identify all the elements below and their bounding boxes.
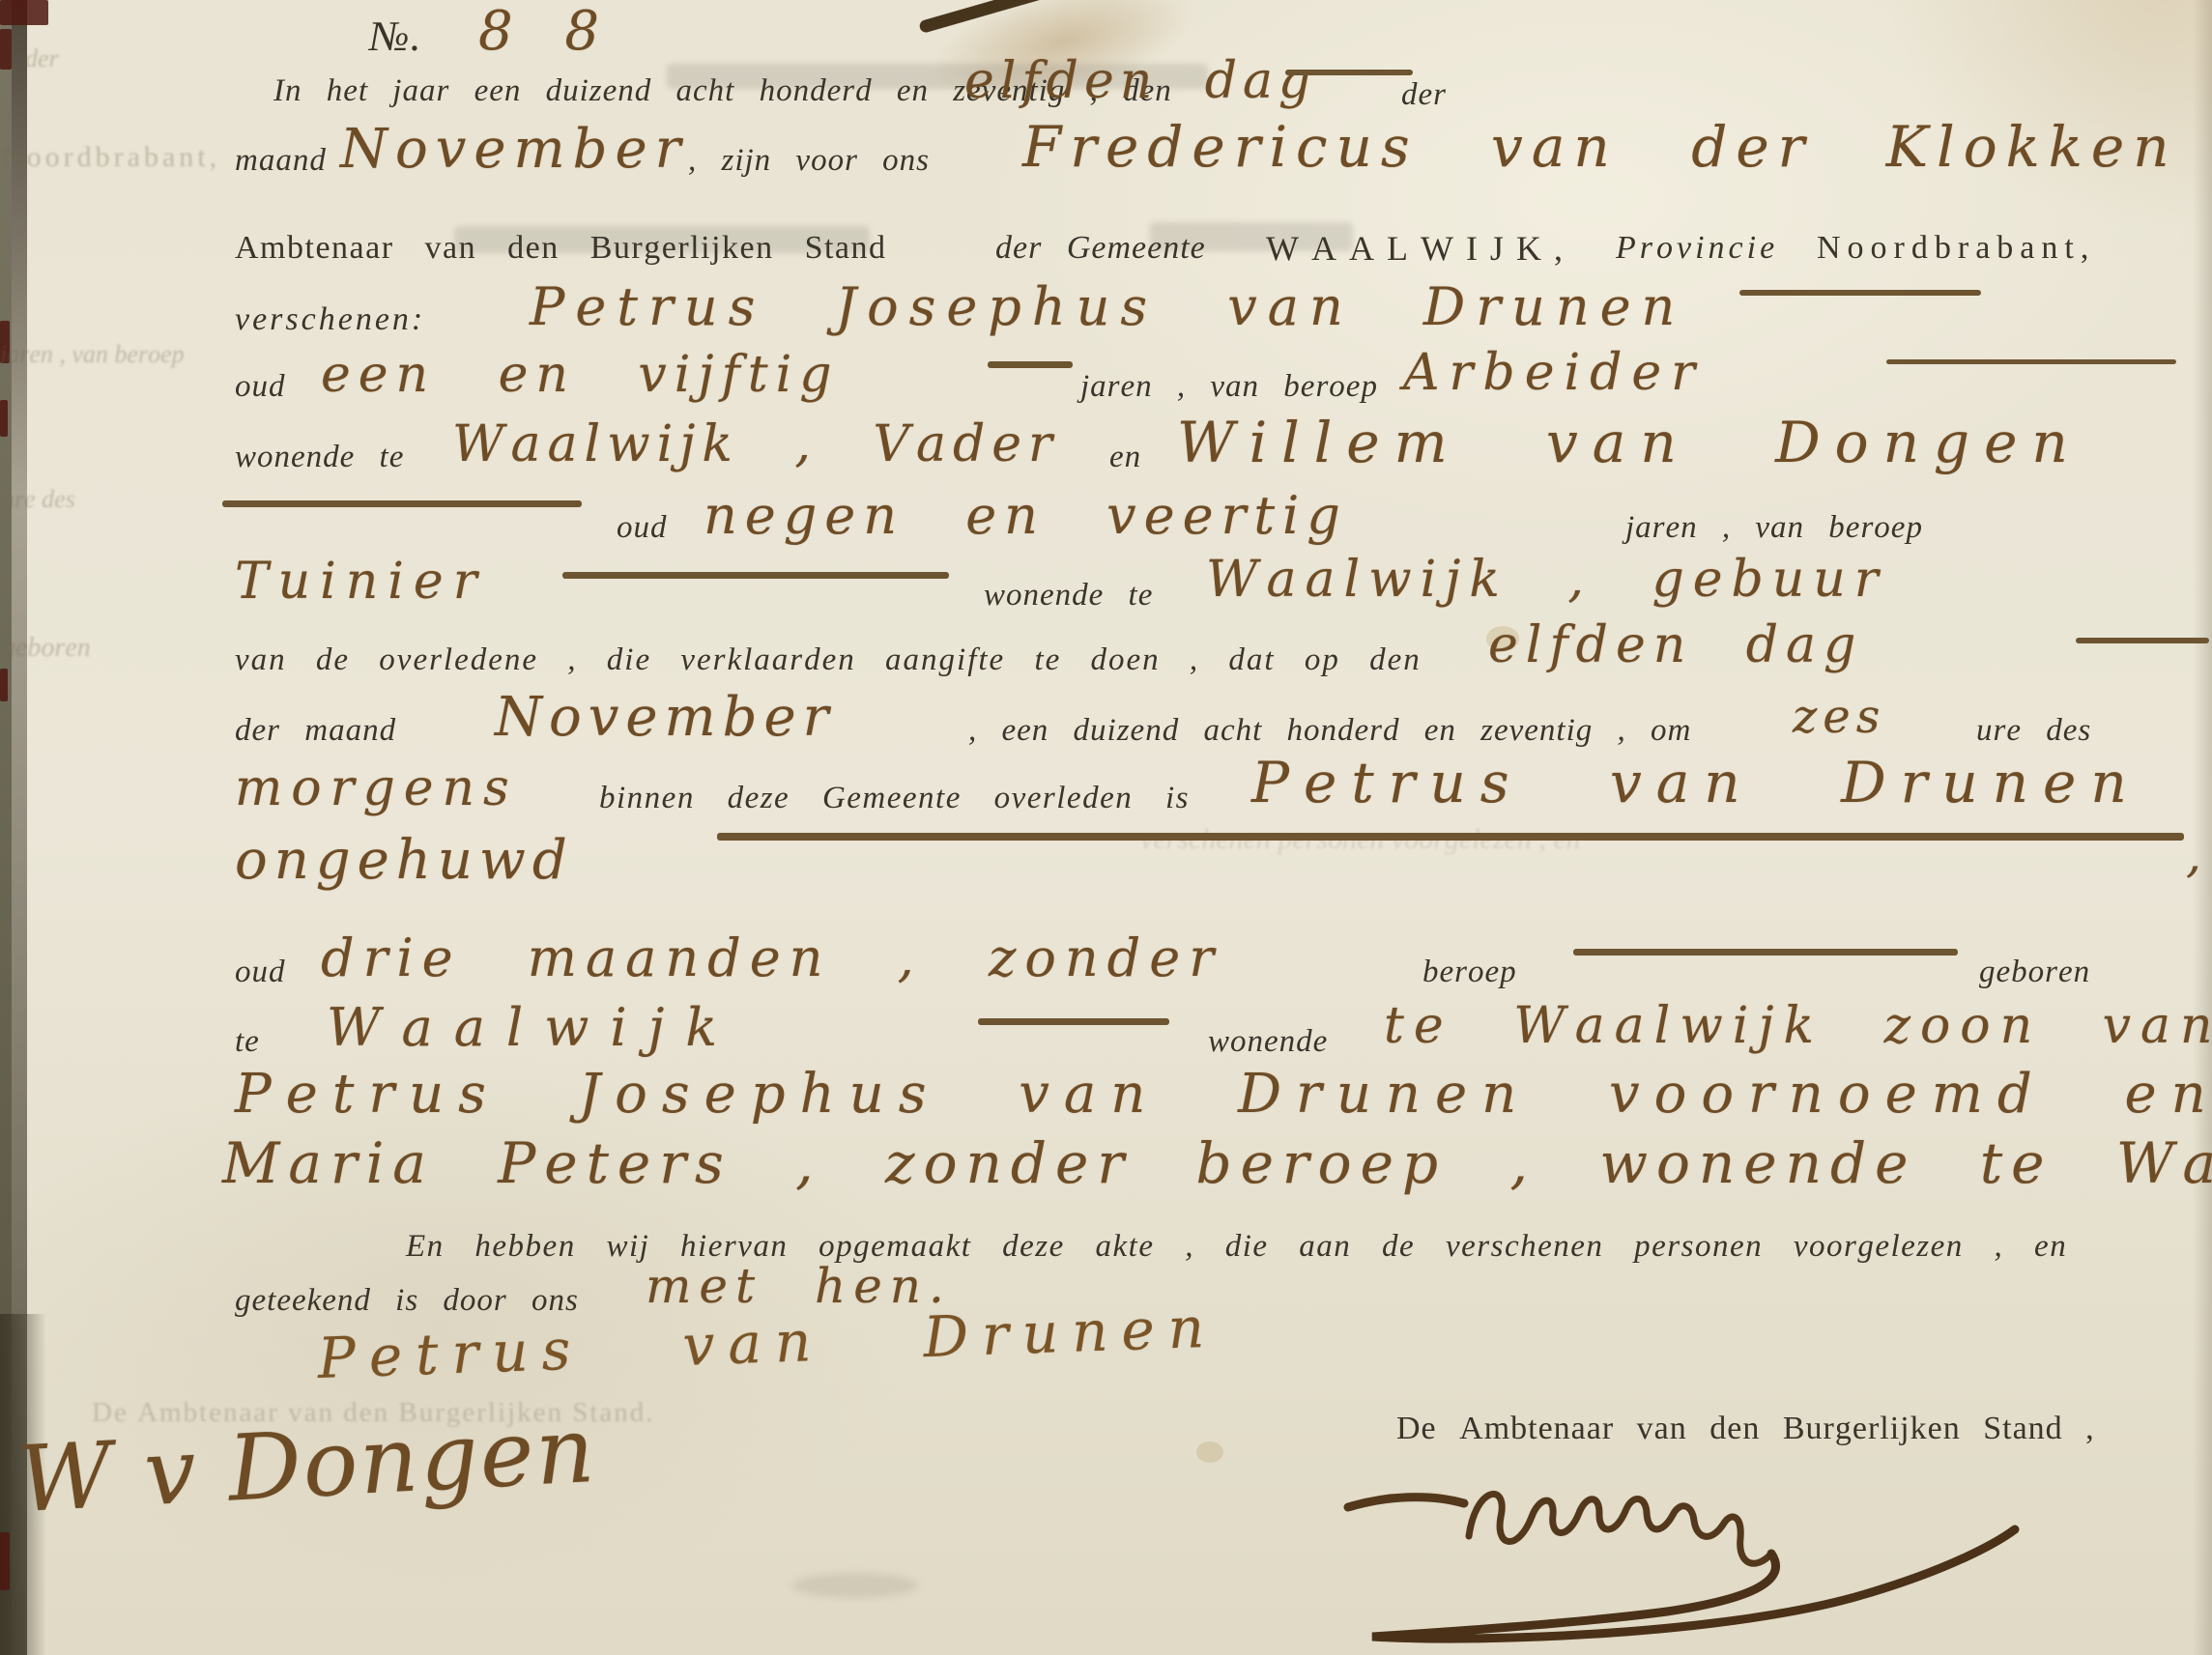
print-der: der (1401, 77, 1447, 113)
hand-death-day: elfden dag (1488, 616, 1863, 674)
edge-mark (0, 669, 8, 701)
paper-stain (1196, 1441, 1223, 1463)
ink-rule (1573, 949, 1958, 956)
ink-rule (1886, 359, 2176, 364)
print-overledene-declaration: van de overledene , die verklaarden aang… (235, 642, 1422, 678)
act-number-value: 8 8 (478, 0, 617, 63)
hand-declarant2-name: Willem van Dongen (1177, 410, 2083, 475)
print-zijn-voor-ons: , zijn voor ons (688, 143, 930, 179)
ink-rule (1739, 290, 1981, 296)
print-verschenen: verschenen: (235, 301, 425, 338)
act-number-label: №. (369, 12, 422, 61)
hand-registrar-name: Fredericus van der Klokken (1022, 114, 2178, 180)
print-provincie-label: Provincie (1616, 230, 1778, 267)
print-province-name: Noordbrabant, (1817, 230, 2095, 267)
print-officer-title: De Ambtenaar van den Burgerlijken Stand … (1396, 1411, 2095, 1447)
print-maand-label: maand (235, 143, 327, 179)
ink-rule (988, 361, 1073, 368)
hand-month: November (340, 118, 688, 181)
ink-rule (2076, 638, 2209, 643)
hand-declarant1-age: een en vijftig (321, 346, 840, 404)
print-geboren-label: geboren (1979, 955, 2090, 990)
print-wonende-label: wonende (1208, 1024, 1328, 1060)
paper-smudge (792, 1573, 918, 1598)
print-der-maand: der maand (235, 713, 396, 749)
hand-declarant1-occupation: Arbeider (1403, 344, 1705, 402)
print-oud-2: oud (617, 510, 668, 546)
print-wonende-te-1: wonende te (235, 440, 404, 475)
bleed-text: geboren (2, 633, 91, 664)
print-te-label: te (235, 1024, 260, 1060)
ink-rule (978, 1018, 1169, 1025)
hand-declarant2-age: negen en veertig (704, 485, 1348, 546)
print-ambtenaar-intro: Ambtenaar van den Burgerlijken Stand (235, 230, 887, 267)
print-oud-3: oud (235, 955, 286, 990)
bleed-text: Noordbrabant, (2, 141, 220, 174)
print-year-om: , een duizend acht honderd en zeventig ,… (968, 713, 1691, 749)
hand-deceased-residence: te Waalwijk zoon van (1384, 997, 2212, 1055)
bleed-text: ure des (2, 485, 75, 514)
hand-father-name: Petrus Josephus van Drunen voornoemd en (235, 1063, 2212, 1126)
print-wonende-te-2: wonende te (984, 578, 1153, 613)
hand-deceased-name: Petrus van Drunen (1251, 750, 2141, 815)
hand-declarant1-residence: Waalwijk , Vader (452, 415, 1059, 473)
hand-death-report-day: elfden dag (964, 52, 1316, 110)
hand-declarant2-occupation: Tuinier (235, 553, 487, 611)
edge-mark (0, 0, 48, 25)
ink-rule (717, 833, 2184, 841)
edge-mark (0, 29, 12, 70)
bleed-text: der (25, 44, 59, 73)
hand-declarant2-residence: Waalwijk , gebuur (1206, 551, 1887, 609)
print-jaren-beroep-1: jaren , van beroep (1080, 369, 1378, 405)
print-beroep-label: beroep (1422, 955, 1517, 990)
hand-birthplace: Waalwijk (327, 997, 738, 1058)
print-oud-1: oud (235, 369, 286, 405)
print-der-gemeente: der Gemeente (995, 230, 1206, 267)
edge-mark (0, 1532, 10, 1590)
hand-declarant1-name: Petrus Josephus van Drunen (530, 276, 1685, 337)
ink-rule (562, 572, 949, 579)
hand-death-month: November (495, 686, 835, 749)
ink-rule (222, 500, 582, 507)
print-en: en (1109, 440, 1141, 475)
officer-signature (1319, 1447, 2034, 1650)
print-overleden-is: binnen deze Gemeente overleden is (599, 781, 1190, 816)
hand-death-hour: zes (1793, 690, 1885, 744)
hand-mother-name: Maria Peters , zonder beroep , wonende t… (222, 1130, 2212, 1196)
bleed-text: jaren , van beroep (0, 340, 185, 369)
hand-marital-status: ongehuwd (235, 829, 574, 892)
print-municipality-name: WAALWIJK, (1266, 228, 1575, 269)
hand-deceased-age: drie maanden , zonder (321, 927, 1222, 988)
print-jaren-beroep-2: jaren , van beroep (1625, 510, 1923, 546)
hand-morgens: morgens (235, 759, 518, 817)
print-closing-2: geteekend is door ons (235, 1283, 579, 1319)
hand-comma: , (2186, 827, 2201, 883)
edge-mark (0, 400, 8, 437)
ink-rule (1285, 70, 1413, 75)
death-certificate-page: der Noordbrabant, jaren , van beroep ure… (0, 0, 2212, 1655)
print-ure-des: ure des (1976, 713, 2091, 749)
